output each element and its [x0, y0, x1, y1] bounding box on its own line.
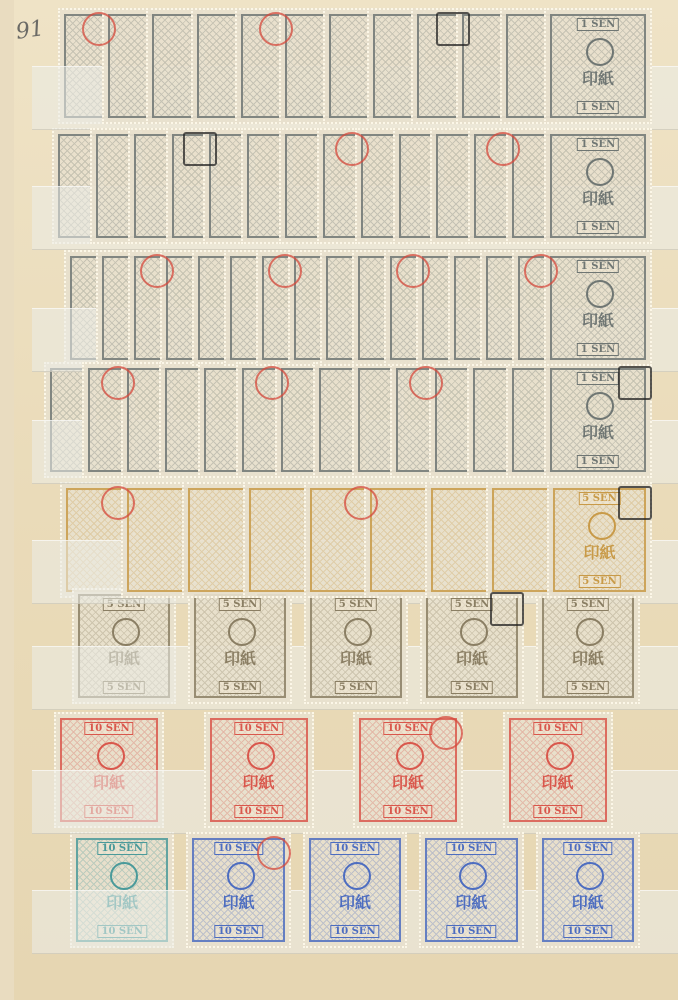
denomination-label: 5 SEN [567, 681, 609, 694]
denomination-label: 5 SEN [451, 598, 493, 611]
stamp: 10 SEN印紙10 SEN [54, 712, 164, 828]
kanji-inscription: 印紙 [582, 308, 614, 331]
stamp: 10 SEN印紙10 SEN [303, 832, 407, 948]
stamp-row: 1 SEN印紙1 SEN [32, 362, 678, 480]
denomination-label: 5 SEN [335, 598, 377, 611]
chrysanthemum-crest-icon [460, 618, 488, 646]
denomination-label: 10 SEN [214, 925, 263, 938]
cancellation-seal [268, 254, 302, 288]
denomination-label: 1 SEN [577, 343, 619, 356]
denomination-label: 1 SEN [577, 138, 619, 151]
stamp: 10 SEN印紙10 SEN [204, 712, 314, 828]
stamp-row: 5 SEN印紙5 SEN5 SEN印紙5 SEN5 SEN印紙5 SEN5 SE… [32, 588, 678, 706]
denomination-label: 5 SEN [219, 681, 261, 694]
denomination-label: 10 SEN [563, 925, 612, 938]
denomination-label: 10 SEN [214, 842, 263, 855]
kanji-inscription: 印紙 [108, 646, 140, 669]
kanji-inscription: 印紙 [541, 770, 573, 793]
stamp: 5 SEN印紙5 SEN [536, 588, 640, 704]
stamp: 1 SEN印紙1 SEN [544, 250, 652, 366]
kanji-inscription: 印紙 [456, 646, 488, 669]
cancellation-seal [618, 366, 652, 400]
kanji-inscription: 印紙 [572, 646, 604, 669]
denomination-label: 10 SEN [447, 925, 496, 938]
stamp: 1 SEN印紙1 SEN [544, 8, 652, 124]
kanji-inscription: 印紙 [224, 646, 256, 669]
chrysanthemum-crest-icon [586, 158, 614, 186]
denomination-label: 5 SEN [335, 681, 377, 694]
stamp-frame [431, 488, 494, 592]
denomination-label: 10 SEN [447, 842, 496, 855]
chrysanthemum-crest-icon [588, 512, 616, 540]
stamp: 1 SEN印紙1 SEN [544, 128, 652, 244]
kanji-inscription: 印紙 [93, 770, 125, 793]
chrysanthemum-crest-icon [546, 742, 574, 770]
chrysanthemum-crest-icon [586, 280, 614, 308]
chrysanthemum-crest-icon [396, 742, 424, 770]
cancellation-seal [82, 12, 116, 46]
chrysanthemum-crest-icon [343, 862, 371, 890]
cancellation-seal [409, 366, 443, 400]
kanji-inscription: 印紙 [340, 646, 372, 669]
chrysanthemum-crest-icon [228, 618, 256, 646]
stamp: 5 SEN印紙5 SEN [304, 588, 408, 704]
denomination-label: 5 SEN [567, 598, 609, 611]
cancellation-seal [101, 366, 135, 400]
denomination-label: 1 SEN [577, 101, 619, 114]
denomination-label: 10 SEN [383, 805, 432, 818]
denomination-label: 10 SEN [330, 842, 379, 855]
cancellation-seal [259, 12, 293, 46]
denomination-label: 10 SEN [97, 842, 146, 855]
denomination-label: 1 SEN [577, 455, 619, 468]
kanji-inscription: 印紙 [572, 890, 604, 913]
chrysanthemum-crest-icon [576, 618, 604, 646]
denomination-label: 1 SEN [577, 260, 619, 273]
kanji-inscription: 印紙 [223, 890, 255, 913]
cancellation-seal [486, 132, 520, 166]
denomination-label: 5 SEN [219, 598, 261, 611]
stamp-row: 1 SEN印紙1 SEN [32, 250, 678, 368]
stamp-row: 1 SEN印紙1 SEN [32, 128, 678, 246]
cancellation-seal [255, 366, 289, 400]
stamp-row: 1 SEN印紙1 SEN [32, 8, 678, 126]
denomination-label: 1 SEN [577, 221, 619, 234]
stamp: 5 SEN印紙5 SEN [188, 588, 292, 704]
cancellation-seal [436, 12, 470, 46]
cancellation-seal [140, 254, 174, 288]
denomination-label: 5 SEN [578, 575, 620, 588]
denomination-label: 10 SEN [330, 925, 379, 938]
kanji-inscription: 印紙 [583, 540, 615, 563]
stamp: 10 SEN印紙10 SEN [503, 712, 613, 828]
stamp-row: 10 SEN印紙10 SEN10 SEN印紙10 SEN10 SEN印紙10 S… [32, 832, 678, 950]
kanji-inscription: 印紙 [392, 770, 424, 793]
stamp-row: 5 SEN印紙5 SEN [32, 482, 678, 600]
denomination-label: 10 SEN [97, 925, 146, 938]
cancellation-seal [396, 254, 430, 288]
stamp: 5 SEN印紙5 SEN [72, 588, 176, 704]
denomination-label: 10 SEN [234, 722, 283, 735]
chrysanthemum-crest-icon [110, 862, 138, 890]
kanji-inscription: 印紙 [582, 186, 614, 209]
cancellation-seal [618, 486, 652, 520]
kanji-inscription: 印紙 [242, 770, 274, 793]
denomination-label: 10 SEN [84, 722, 133, 735]
denomination-label: 10 SEN [563, 842, 612, 855]
cancellation-seal [101, 486, 135, 520]
chrysanthemum-crest-icon [576, 862, 604, 890]
cancellation-seal [490, 592, 524, 626]
cancellation-seal [429, 716, 463, 750]
kanji-inscription: 印紙 [455, 890, 487, 913]
stamp: 10 SEN印紙10 SEN [536, 832, 640, 948]
chrysanthemum-crest-icon [344, 618, 372, 646]
denomination-label: 10 SEN [383, 722, 432, 735]
chrysanthemum-crest-icon [112, 618, 140, 646]
cancellation-seal [257, 836, 291, 870]
denomination-label: 10 SEN [533, 805, 582, 818]
denomination-label: 5 SEN [578, 492, 620, 505]
denomination-label: 10 SEN [84, 805, 133, 818]
denomination-label: 10 SEN [234, 805, 283, 818]
stamp: 10 SEN印紙10 SEN [70, 832, 174, 948]
chrysanthemum-crest-icon [247, 742, 275, 770]
chrysanthemum-crest-icon [586, 392, 614, 420]
denomination-label: 1 SEN [577, 18, 619, 31]
stamp-frame [127, 488, 190, 592]
chrysanthemum-crest-icon [586, 38, 614, 66]
chrysanthemum-crest-icon [227, 862, 255, 890]
kanji-inscription: 印紙 [582, 66, 614, 89]
stamp-frame [492, 488, 555, 592]
stamp-row: 10 SEN印紙10 SEN10 SEN印紙10 SEN10 SEN印紙10 S… [32, 712, 678, 830]
stockbook-page: 91 1 SEN印紙1 SEN1 SEN印紙1 SEN1 SEN印紙1 SEN1… [14, 0, 678, 1000]
stamp: 10 SEN印紙10 SEN [419, 832, 523, 948]
stamp-frame [370, 488, 433, 592]
denomination-label: 5 SEN [103, 598, 145, 611]
chrysanthemum-crest-icon [97, 742, 125, 770]
denomination-label: 5 SEN [451, 681, 493, 694]
denomination-label: 1 SEN [577, 372, 619, 385]
kanji-inscription: 印紙 [106, 890, 138, 913]
stamp-frame [188, 488, 251, 592]
cancellation-seal [183, 132, 217, 166]
kanji-inscription: 印紙 [582, 420, 614, 443]
stamp-frame [249, 488, 312, 592]
denomination-label: 10 SEN [533, 722, 582, 735]
cancellation-seal [524, 254, 558, 288]
kanji-inscription: 印紙 [339, 890, 371, 913]
denomination-label: 5 SEN [103, 681, 145, 694]
cancellation-seal [335, 132, 369, 166]
